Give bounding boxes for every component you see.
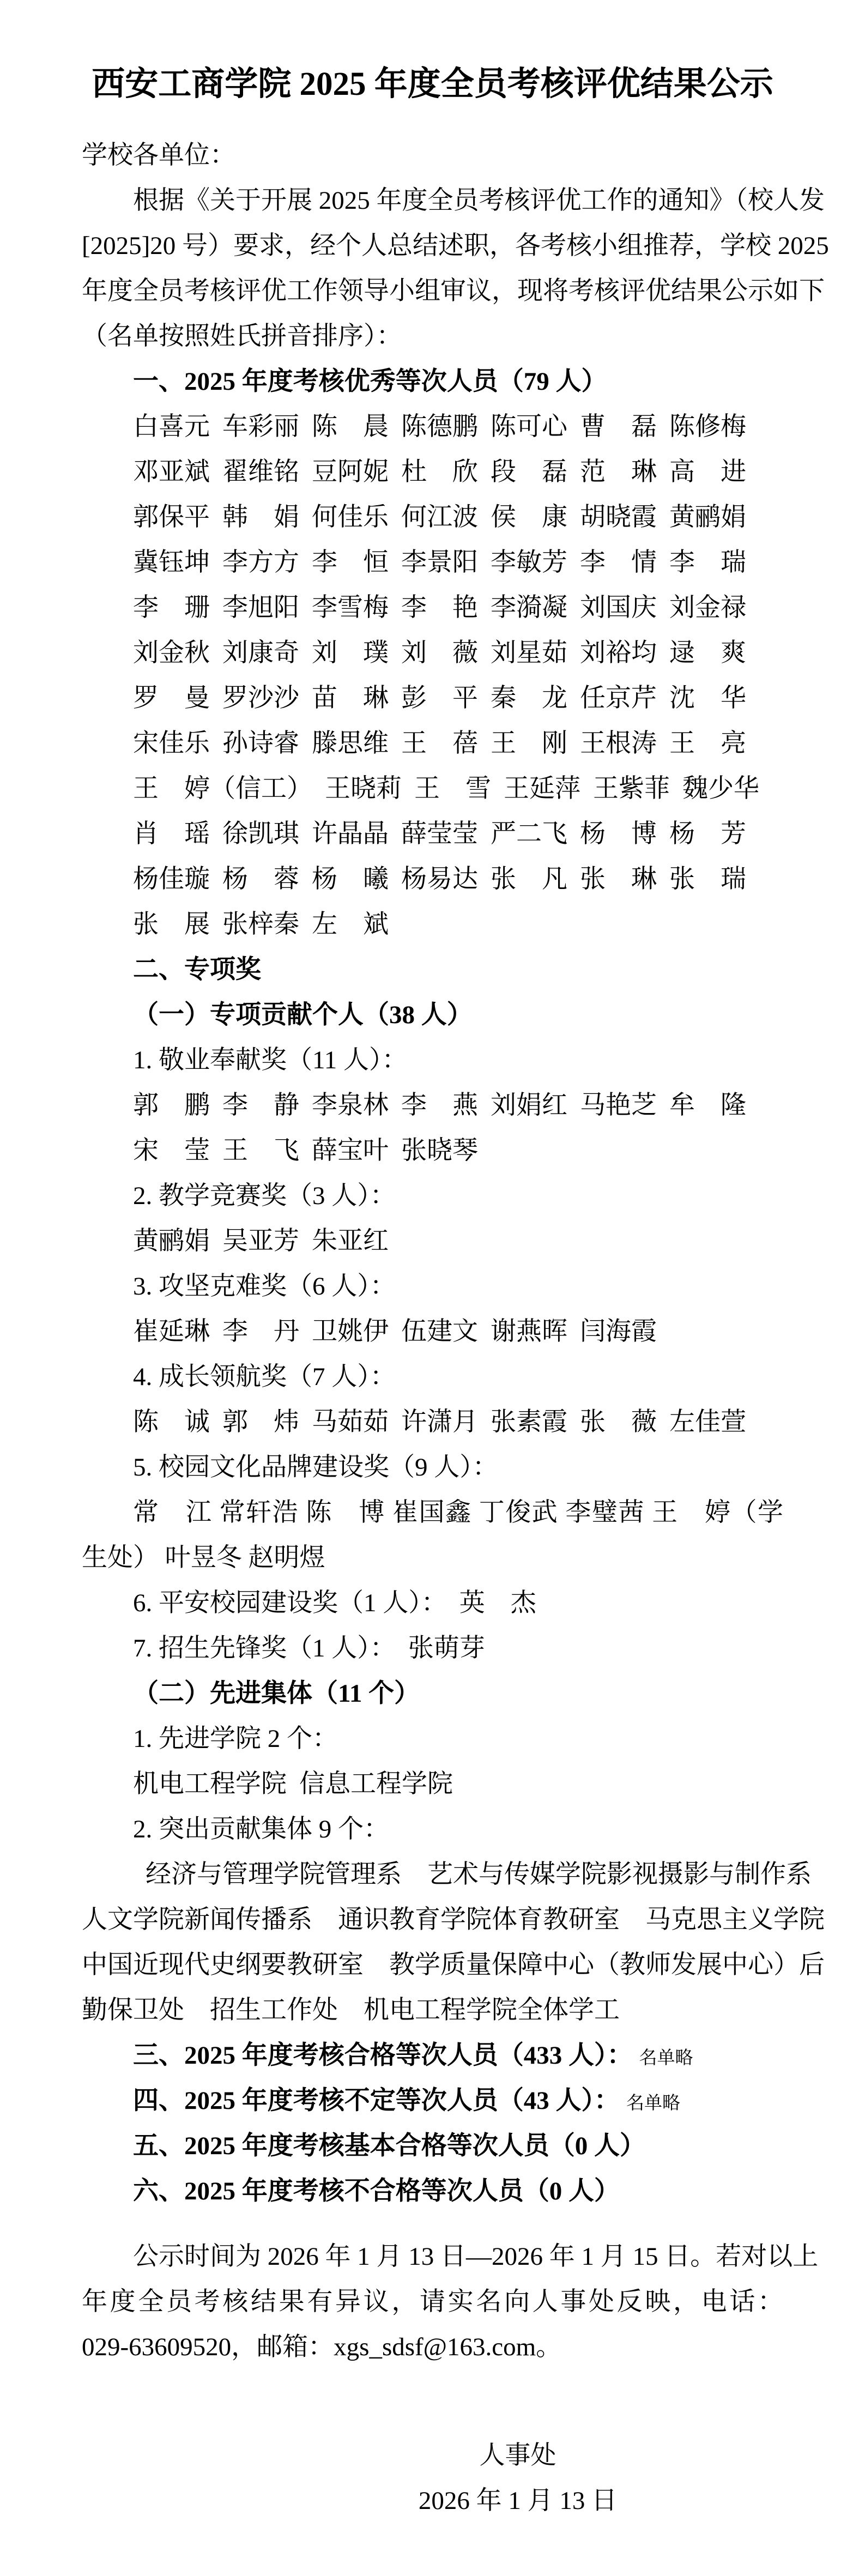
person-name: 彭 平	[401, 676, 478, 721]
name-row: 机电工程学院信息工程学院	[82, 1762, 783, 1807]
signature-block: 人事处 2026 年 1 月 13 日	[403, 2433, 632, 2524]
unit-name: 信息工程学院	[299, 1762, 453, 1807]
person-name: 韩 娟	[222, 495, 299, 540]
award-campus-culture-names-line: 常 江 常轩浩 陈 博 崔国鑫 丁俊武 李璧茜 王 婷（学	[82, 1490, 783, 1535]
person-name: 肖 瑶	[133, 812, 210, 857]
name-row: 郭保平韩 娟何佳乐何江波侯 康胡晓霞黄鹂娟	[82, 495, 783, 540]
award-challenge-names: 崔延琳李 丹卫姚伊伍建文谢燕晖闫海霞	[82, 1309, 783, 1354]
signature-date: 2026 年 1 月 13 日	[403, 2478, 632, 2524]
list-omitted-note: 名单略	[626, 2094, 680, 2113]
person-name: 刘娟红	[491, 1083, 567, 1128]
person-name: 李泉林	[312, 1083, 389, 1128]
award-label-campus-culture: 5. 校园文化品牌建设奖（9 人）：	[82, 1445, 783, 1490]
section-heading-ungraded-text: 四、2025 年度考核不定等次人员（43 人）：	[133, 2087, 620, 2115]
person-name: 罗沙沙	[222, 676, 299, 721]
award-admissions-pioneer: 7. 招生先锋奖（1 人）：张萌芽	[82, 1626, 783, 1671]
advanced-colleges-list: 机电工程学院信息工程学院	[82, 1762, 783, 1807]
person-name: 李 瑞	[669, 540, 746, 585]
person-name: 马茹茹	[312, 1400, 389, 1445]
person-name: 许潇月	[401, 1400, 478, 1445]
person-name: 刘裕均	[580, 631, 657, 676]
person-name: 王 刚	[491, 721, 567, 766]
name-row: 肖 瑶徐凯琪许晶晶薛莹莹严二飞杨 博杨 芳	[82, 812, 783, 857]
person-name: 何江波	[401, 495, 478, 540]
person-name: 翟维铭	[222, 450, 299, 495]
person-name: 伍建文	[401, 1309, 478, 1354]
section-heading-ungraded: 四、2025 年度考核不定等次人员（43 人）：名单略	[82, 2078, 783, 2124]
person-name: 卫姚伊	[312, 1309, 389, 1354]
person-name: 陈 诚	[133, 1400, 210, 1445]
person-name: 杜 欣	[401, 450, 478, 495]
person-name: 段 磊	[491, 450, 567, 495]
person-name: 徐凯琪	[222, 812, 299, 857]
award-label-challenge: 3. 攻坚克难奖（6 人）：	[82, 1264, 783, 1309]
person-name: 李 珊	[133, 585, 210, 631]
name-row: 崔延琳李 丹卫姚伊伍建文谢燕晖闫海霞	[82, 1309, 783, 1354]
subsection-heading-collectives: （二）先进集体（11 个）	[82, 1671, 783, 1716]
person-name: 胡晓霞	[580, 495, 657, 540]
person-name: 许晶晶	[312, 812, 389, 857]
person-name: 王 飞	[222, 1128, 299, 1174]
person-name: 陈 晨	[312, 404, 389, 450]
section-heading-unqualified: 六、2025 年度考核不合格等次人员（0 人）	[82, 2169, 783, 2214]
person-name: 李 恒	[312, 540, 389, 585]
person-name: 闫海霞	[580, 1309, 657, 1354]
group-label-outstanding-collectives: 2. 突出贡献集体 9 个：	[82, 1807, 783, 1852]
person-name: 宋 莹	[133, 1128, 210, 1174]
document-body: 学校各单位： 根据《关于开展 2025 年度全员考核评优工作的通知》（校人发 […	[82, 133, 783, 2524]
award-label-dedication: 1. 敬业奉献奖（11 人）：	[82, 1038, 783, 1083]
subsection-heading-individual: （一）专项贡献个人（38 人）	[82, 993, 783, 1038]
person-name: 崔延琳	[133, 1309, 210, 1354]
unit-name: 机电工程学院	[133, 1762, 287, 1807]
person-name: 左 斌	[312, 902, 389, 947]
person-name: 邓亚斌	[133, 450, 210, 495]
person-name: 黄鹂娟	[669, 495, 746, 540]
person-name: 张梓秦	[222, 902, 299, 947]
person-name: 任京芹	[580, 676, 657, 721]
person-name: 车彩丽	[222, 404, 299, 450]
person-name: 郭 鹏	[133, 1083, 210, 1128]
award-safe-campus: 6. 平安校园建设奖（1 人）：英 杰	[82, 1581, 783, 1626]
name-row: 白喜元车彩丽陈 晨陈德鹏陈可心曹 磊陈修梅	[82, 404, 783, 450]
intro-line: （名单按照姓氏拼音排序）：	[82, 314, 783, 359]
collective-line: 人文学院新闻传播系 通识教育学院体育教研室 马克思主义学院	[82, 1897, 783, 1943]
person-name: 李景阳	[401, 540, 478, 585]
award-label-admissions-pioneer: 7. 招生先锋奖（1 人）：	[133, 1634, 396, 1662]
person-name: 刘金秋	[133, 631, 210, 676]
person-name: 李旭阳	[222, 585, 299, 631]
award-label-safe-campus: 6. 平安校园建设奖（1 人）：	[133, 1589, 447, 1617]
person-name: 李 燕	[401, 1083, 478, 1128]
person-name: 黄鹂娟	[133, 1219, 210, 1264]
closing-line: 029-63609520，邮箱：xgs_sdsf@163.com。	[82, 2325, 783, 2370]
person-name: 何佳乐	[312, 495, 389, 540]
person-name: 魏少华	[682, 766, 759, 812]
person-name: 薛莹莹	[401, 812, 478, 857]
person-name: 杨 曦	[312, 857, 389, 902]
intro-line: 根据《关于开展 2025 年度全员考核评优工作的通知》（校人发	[82, 178, 783, 223]
list-omitted-note: 名单略	[639, 2048, 693, 2068]
person-name: 牟 隆	[669, 1083, 746, 1128]
person-name: 王 蓓	[401, 721, 478, 766]
person-name: 张晓琴	[401, 1128, 478, 1174]
person-name: 李漪凝	[491, 585, 567, 631]
person-name: 吴亚芳	[222, 1219, 299, 1264]
person-name: 白喜元	[133, 404, 210, 450]
person-name: 刘国庆	[580, 585, 657, 631]
person-name: 杨佳璇	[133, 857, 210, 902]
person-name: 薛宝叶	[312, 1128, 389, 1174]
name-row: 黄鹂娟吴亚芳朱亚红	[82, 1219, 783, 1264]
person-name: 孙诗睿	[222, 721, 299, 766]
person-name: 左佳萱	[669, 1400, 746, 1445]
name-row: 李 珊李旭阳李雪梅李 艳李漪凝刘国庆刘金禄	[82, 585, 783, 631]
collective-line: 经济与管理学院管理系 艺术与传媒学院影视摄影与制作系	[82, 1852, 783, 1897]
person-name: 严二飞	[491, 812, 567, 857]
person-name: 张萌芽	[408, 1634, 485, 1662]
person-name: 冀钰坤	[133, 540, 210, 585]
person-name: 英 杰	[459, 1589, 536, 1617]
award-label-growth: 4. 成长领航奖（7 人）：	[82, 1354, 783, 1400]
person-name: 秦 龙	[491, 676, 567, 721]
person-name: 王延萍	[504, 766, 580, 812]
collective-line: 勤保卫处 招生工作处 机电工程学院全体学工	[82, 1988, 783, 2033]
person-name: 陈德鹏	[401, 404, 478, 450]
person-name: 李敏芳	[491, 540, 567, 585]
person-name: 杨 芳	[669, 812, 746, 857]
person-name: 陈修梅	[669, 404, 746, 450]
award-growth-names: 陈 诚郭 炜马茹茹许潇月张素霞张 薇左佳萱	[82, 1400, 783, 1445]
name-row: 杨佳璇杨 蓉杨 曦杨易达张 凡张 琳张 瑞	[82, 857, 783, 902]
award-campus-culture-names-line: 生处） 叶昱冬 赵明煜	[82, 1535, 783, 1581]
section-heading-qualified-text: 三、2025 年度考核合格等次人员（433 人）：	[133, 2041, 633, 2070]
person-name: 刘金禄	[669, 585, 746, 631]
person-name: 罗 曼	[133, 676, 210, 721]
person-name: 张素霞	[491, 1400, 567, 1445]
person-name: 李雪梅	[312, 585, 389, 631]
person-name: 李 情	[580, 540, 657, 585]
person-name: 马艳芝	[580, 1083, 657, 1128]
name-row: 张 展张梓秦左 斌	[82, 902, 783, 947]
person-name: 李 丹	[222, 1309, 299, 1354]
name-row: 宋佳乐孙诗睿滕思维王 蓓王 刚王根涛王 亮	[82, 721, 783, 766]
name-row: 刘金秋刘康奇刘 璞刘 薇刘星茹刘裕均逯 爽	[82, 631, 783, 676]
closing-line: 年度全员考核结果有异议，请实名向人事处反映，电话：	[82, 2279, 783, 2325]
person-name: 郭保平	[133, 495, 210, 540]
person-name: 陈可心	[491, 404, 567, 450]
section-heading-excellent: 一、2025 年度考核优秀等次人员（79 人）	[82, 359, 783, 404]
document-page: 西安工商学院 2025 年度全员考核评优结果公示 学校各单位： 根据《关于开展 …	[0, 0, 865, 2576]
person-name: 高 进	[669, 450, 746, 495]
name-row: 邓亚斌翟维铭豆阿妮杜 欣段 磊范 琳高 进	[82, 450, 783, 495]
intro-line: [2025]20 号）要求，经个人总结述职，各考核小组推荐，学校 2025	[82, 223, 783, 269]
person-name: 苗 琳	[312, 676, 389, 721]
section-heading-special-awards: 二、专项奖	[82, 947, 783, 993]
person-name: 张 凡	[491, 857, 567, 902]
person-name: 刘康奇	[222, 631, 299, 676]
closing-line: 公示时间为 2026 年 1 月 13 日—2026 年 1 月 15 日。若对…	[82, 2234, 783, 2279]
person-name: 刘 薇	[401, 631, 478, 676]
person-name: 朱亚红	[312, 1219, 389, 1264]
person-name: 张 瑞	[669, 857, 746, 902]
name-row: 宋 莹王 飞薛宝叶张晓琴	[82, 1128, 783, 1174]
name-row: 罗 曼罗沙沙苗 琳彭 平秦 龙任京芹沈 华	[82, 676, 783, 721]
person-name: 豆阿妮	[312, 450, 389, 495]
person-name: 李 艳	[401, 585, 478, 631]
award-dedication-names: 郭 鹏李 静李泉林李 燕刘娟红马艳芝牟 隆宋 莹王 飞薛宝叶张晓琴	[82, 1083, 783, 1174]
person-name: 张 琳	[580, 857, 657, 902]
section-heading-basically-qualified: 五、2025 年度考核基本合格等次人员（0 人）	[82, 2124, 783, 2169]
person-name: 王晓莉	[325, 766, 402, 812]
person-name: 刘 璞	[312, 631, 389, 676]
name-row: 陈 诚郭 炜马茹茹许潇月张素霞张 薇左佳萱	[82, 1400, 783, 1445]
collective-line: 中国近现代史纲要教研室 教学质量保障中心（教师发展中心）后	[82, 1943, 783, 1988]
person-name: 曹 磊	[580, 404, 657, 450]
intro-line: 年度全员考核评优工作领导小组审议，现将考核评优结果公示如下	[82, 269, 783, 314]
person-name: 杨 蓉	[222, 857, 299, 902]
person-name: 王根涛	[580, 721, 657, 766]
person-name: 李 静	[222, 1083, 299, 1128]
section-heading-qualified: 三、2025 年度考核合格等次人员（433 人）：名单略	[82, 2033, 783, 2078]
person-name: 逯 爽	[669, 631, 746, 676]
person-name: 谢燕晖	[491, 1309, 567, 1354]
salutation: 学校各单位：	[82, 133, 783, 178]
person-name: 杨 博	[580, 812, 657, 857]
name-row: 冀钰坤李方方李 恒李景阳李敏芳李 情李 瑞	[82, 540, 783, 585]
signature-org: 人事处	[403, 2433, 632, 2478]
closing-paragraph: 公示时间为 2026 年 1 月 13 日—2026 年 1 月 15 日。若对…	[82, 2234, 783, 2370]
person-name: 杨易达	[401, 857, 478, 902]
award-teaching-names: 黄鹂娟吴亚芳朱亚红	[82, 1219, 783, 1264]
person-name: 张 薇	[580, 1400, 657, 1445]
person-name: 滕思维	[312, 721, 389, 766]
award-label-teaching: 2. 教学竞赛奖（3 人）：	[82, 1174, 783, 1219]
person-name: 张 展	[133, 902, 210, 947]
person-name: 王 婷（信工）	[133, 766, 312, 812]
name-row: 郭 鹏李 静李泉林李 燕刘娟红马艳芝牟 隆	[82, 1083, 783, 1128]
person-name: 宋佳乐	[133, 721, 210, 766]
person-name: 郭 炜	[222, 1400, 299, 1445]
person-name: 刘星茹	[491, 631, 567, 676]
group-label-advanced-colleges: 1. 先进学院 2 个：	[82, 1716, 783, 1762]
person-name: 李方方	[222, 540, 299, 585]
person-name: 沈 华	[669, 676, 746, 721]
person-name: 范 琳	[580, 450, 657, 495]
name-row: 王 婷（信工）王晓莉王 雪王延萍王紫菲魏少华	[82, 766, 783, 812]
person-name: 侯 康	[491, 495, 567, 540]
person-name: 王 雪	[414, 766, 491, 812]
person-name: 王紫菲	[593, 766, 670, 812]
document-title: 西安工商学院 2025 年度全员考核评优结果公示	[82, 0, 783, 111]
excellent-name-list: 白喜元车彩丽陈 晨陈德鹏陈可心曹 磊陈修梅邓亚斌翟维铭豆阿妮杜 欣段 磊范 琳高…	[82, 404, 783, 947]
person-name: 王 亮	[669, 721, 746, 766]
